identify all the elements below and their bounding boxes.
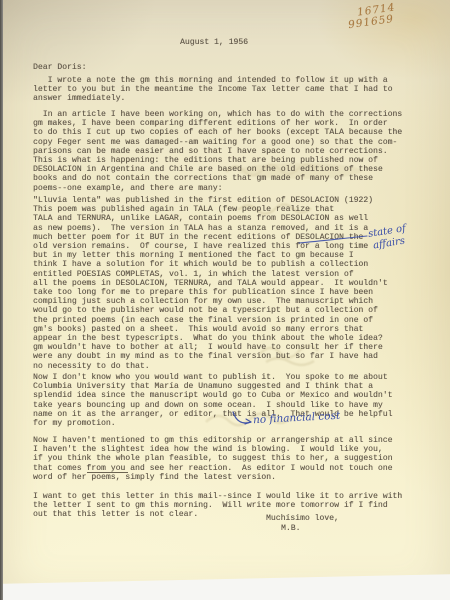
text-line: copy Feger sent me was damaged--am waiti… bbox=[33, 138, 402, 147]
text-line: gm's books) pasted on a sheet. This woul… bbox=[33, 325, 388, 334]
text-line: appear in the best typescripts. What do … bbox=[33, 334, 388, 343]
text-line: the printed poems (in each case the fina… bbox=[33, 316, 388, 325]
paragraph-3: "Lluvia lenta" was published in the firs… bbox=[33, 196, 388, 371]
text-line: much better poem for it BUT in the recen… bbox=[33, 233, 388, 242]
text-line: Columbia University that María de Unamun… bbox=[33, 382, 392, 391]
text-line: if you think the whole plan feasible, to… bbox=[33, 454, 392, 463]
text-line: no necessity to do that. bbox=[33, 362, 388, 371]
text-line: I haven't the slightest idea how the win… bbox=[33, 445, 392, 454]
text-line: entitled POESIAS COMPLETAS, vol. 1, in w… bbox=[33, 270, 388, 279]
text-line: all the poems in DESOLACION, TERNURA, an… bbox=[33, 279, 388, 288]
text-line: Now I haven't mentioned to gm this edito… bbox=[33, 436, 392, 445]
text-line: This poem was published again in TALA (f… bbox=[33, 205, 388, 214]
closing: Muchísimo love, bbox=[266, 514, 339, 523]
text-line: compiling just such a collection for my … bbox=[33, 297, 388, 306]
text-line: gm wouldn't have to bother at all; I wou… bbox=[33, 343, 388, 352]
text-line: poems--one example, and there are many: bbox=[33, 184, 402, 193]
letter-date: August 1, 1956 bbox=[180, 38, 248, 47]
typed-underline bbox=[87, 472, 128, 473]
scanned-letter: 16714 991659 August 1, 1956 Dear Doris: … bbox=[0, 0, 450, 600]
text-line: the letter I sent to gm this morning. Wi… bbox=[33, 501, 402, 510]
text-line: books and do not contain the corrections… bbox=[33, 174, 402, 183]
paragraph-1: I wrote a note the gm this morning and i… bbox=[33, 76, 392, 104]
text-line: but in my letter this morning I mentione… bbox=[33, 251, 388, 260]
text-line: as new poems). The version in TALA has a… bbox=[33, 224, 388, 233]
text-line: "Lluvia lenta" was published in the firs… bbox=[33, 196, 388, 205]
text-line: would go to the publisher would not be a… bbox=[33, 306, 388, 315]
text-line: letter to you but in the meantime the In… bbox=[33, 85, 392, 94]
salutation: Dear Doris: bbox=[33, 63, 86, 72]
text-line: This is what is happening: the editions … bbox=[33, 156, 402, 165]
paragraph-2: In an article I have been working on, wh… bbox=[33, 110, 402, 193]
text-line: take too long for me to prepare this for… bbox=[33, 288, 388, 297]
text-line: In an article I have been working on, wh… bbox=[33, 110, 402, 119]
text-line: I wrote a note the gm this morning and i… bbox=[33, 76, 392, 85]
text-line: think I have a solution for it which wou… bbox=[33, 260, 388, 269]
text-line: I want to get this letter in this mail--… bbox=[33, 492, 402, 501]
text-line: word of her poems, simply find the lates… bbox=[33, 473, 392, 482]
text-line: out that this letter is not clear. bbox=[33, 510, 402, 519]
scan-edge-strip bbox=[0, 0, 3, 600]
text-line: answer immediately. bbox=[33, 94, 392, 103]
text-line: Now I don't know who you would want to p… bbox=[33, 373, 392, 382]
text-line: parisons can be made easier and so that … bbox=[33, 147, 402, 156]
paragraph-6: I want to get this letter in this mail--… bbox=[33, 492, 402, 520]
text-line: TALA and TERNURA, unlike LAGAR, contain … bbox=[33, 214, 388, 223]
text-line: gm makes, I have been comparing differen… bbox=[33, 119, 402, 128]
text-line: DESOLACION in Argentina and Chile are ba… bbox=[33, 165, 402, 174]
text-line: old version remains. Of course, I have r… bbox=[33, 242, 388, 251]
signature-initials: M.B. bbox=[281, 524, 300, 533]
text-line: take years bouncing up and down on some … bbox=[33, 401, 392, 410]
text-line: splendid idea since the manuscript would… bbox=[33, 391, 392, 400]
text-line: were any doubt in my mind as to the fina… bbox=[33, 352, 388, 361]
paragraph-5: Now I haven't mentioned to gm this edito… bbox=[33, 436, 392, 482]
text-line: to do this I cut up two copies of each o… bbox=[33, 128, 402, 137]
